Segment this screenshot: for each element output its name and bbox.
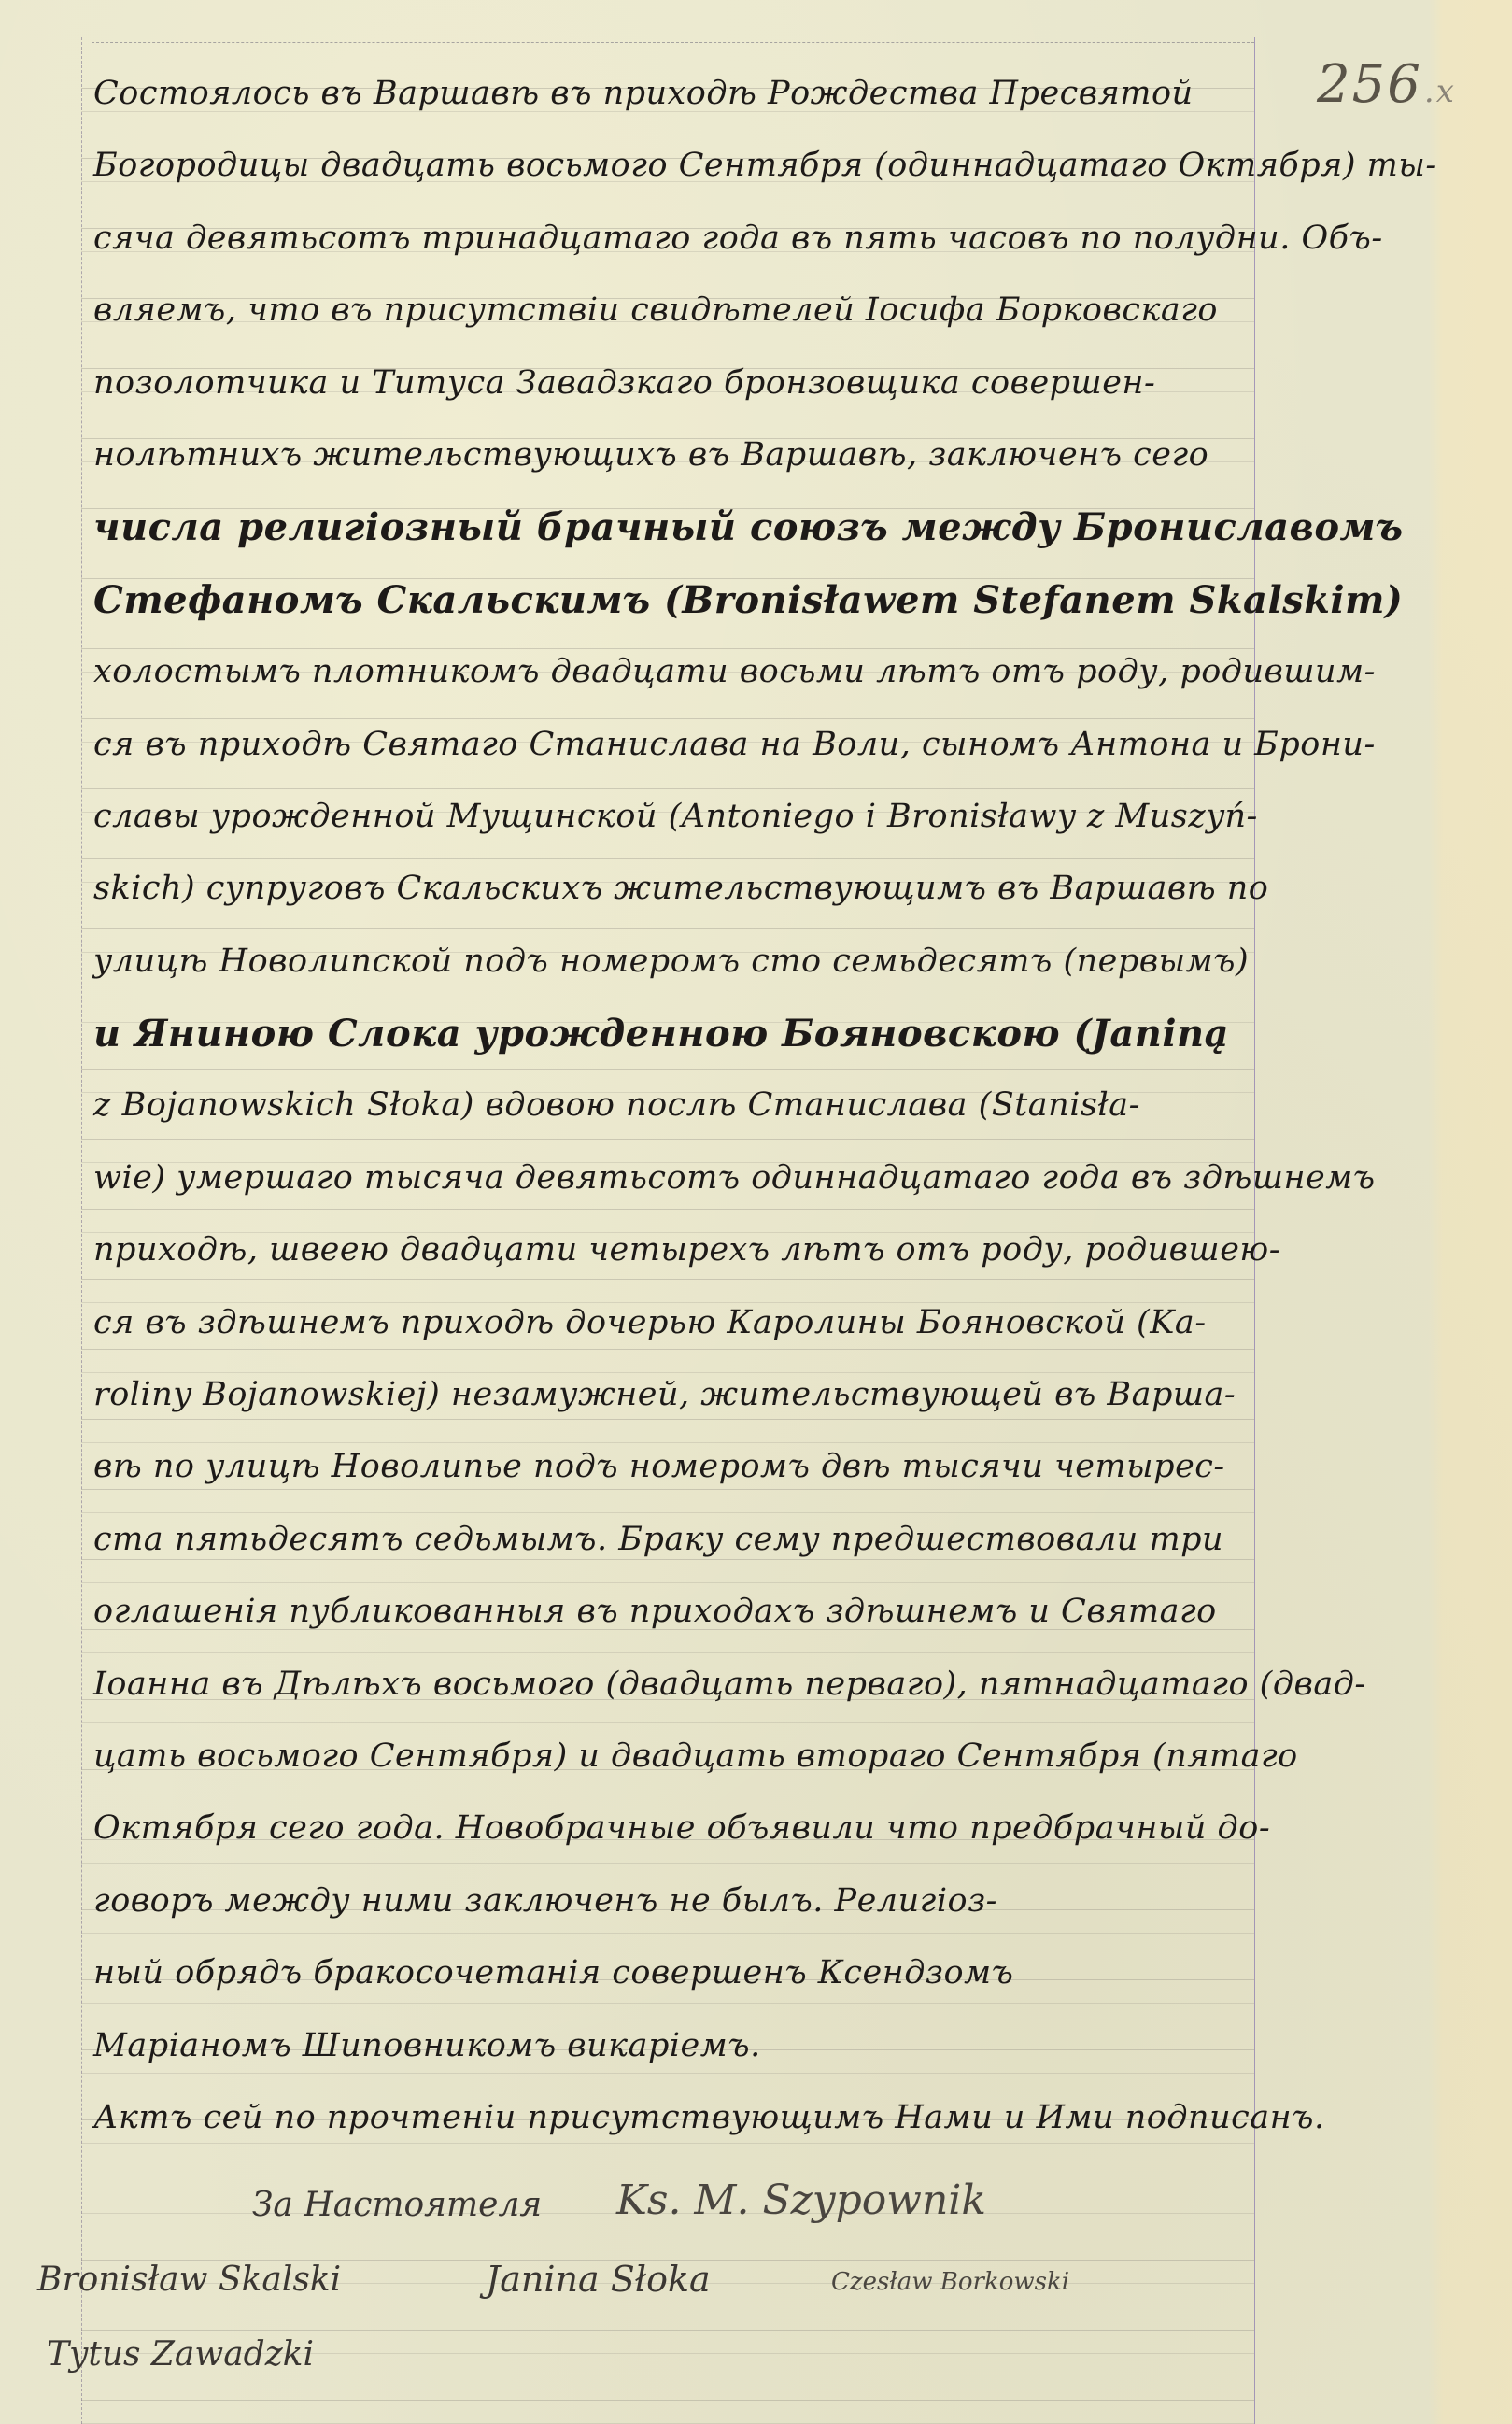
bride-signature: Janina Słoka [486, 2259, 711, 2300]
witness-2-signature: Tytus Zawadzki [47, 2335, 314, 2374]
record-text-line: вляемъ, что въ присутствіи свидѣтелей Іо… [93, 275, 1307, 347]
record-text-line: нолѣтнихъ жительствующихъ въ Варшавѣ, за… [93, 419, 1307, 491]
record-text-line: улицѣ Новолипской подъ номеромъ сто семь… [93, 926, 1307, 998]
record-text-line: Маріаномъ Шиповникомъ викаріемъ. [93, 2010, 1307, 2082]
record-text-line: ный обрядъ бракосочетанія совершенъ Ксен… [93, 1937, 1307, 2009]
record-text-line: ся въ здѣшнемъ приходѣ дочерью Каролины … [93, 1287, 1307, 1359]
record-text-line: числа религіозный брачный союзъ между Бр… [93, 491, 1307, 563]
record-text-line: холостымъ плотникомъ двадцати восьми лѣт… [93, 636, 1307, 708]
record-text-line: Октября сего года. Новобрачные объявили … [93, 1793, 1307, 1864]
page-number-value: 256 [1317, 54, 1422, 115]
groom-signature: Bronisław Skalski [37, 2261, 341, 2299]
priest-signature-prefix: За Настоятеля [252, 2186, 542, 2224]
witness-1-signature: Czesław Borkowski [831, 2268, 1069, 2296]
priest-signature: Ks. M. Szypownik [616, 2176, 986, 2224]
record-text-line: Актъ сей по прочтеніи присутствующимъ На… [93, 2082, 1307, 2154]
record-text-line: цать восьмого Сентября) и двадцать втора… [93, 1721, 1307, 1793]
record-text-line: ста пятьдесятъ седьмымъ. Браку сему пред… [93, 1504, 1307, 1576]
record-text-line: оглашенія публикованныя въ приходахъ здѣ… [93, 1576, 1307, 1648]
record-text-line: Іоанна въ Дѣлѣхъ восьмого (двадцать перв… [93, 1649, 1307, 1721]
top-rule-line [92, 42, 1254, 43]
record-text-line: ся въ приходѣ Святаго Станислава на Воли… [93, 709, 1307, 781]
record-text-line: сяча девятьсотъ тринадцатаго года въ пят… [93, 203, 1307, 275]
record-text-line: Стефаномъ Скальскимъ (Bronisławem Stefan… [93, 564, 1307, 636]
record-text-line: wie) умершаго тысяча девятьсотъ одиннадц… [93, 1142, 1307, 1214]
record-body-text: Состоялось въ Варшавѣ въ приходѣ Рождест… [93, 58, 1307, 2154]
page-number: 256.x [1317, 54, 1456, 115]
record-text-line: z Bojanowskich Słoka) вдовою послѣ Стани… [93, 1070, 1307, 1141]
record-text-line: skich) супруговъ Скальскихъ жительствующ… [93, 853, 1307, 925]
record-text-line: Богородицы двадцать восьмого Сентября (о… [93, 130, 1307, 202]
record-text-line: позолотчика и Титуса Завадзкаго бронзовщ… [93, 347, 1307, 419]
record-text-line: Состоялось въ Варшавѣ въ приходѣ Рождест… [93, 58, 1307, 130]
record-text-line: приходѣ, швеею двадцати четырехъ лѣтъ от… [93, 1214, 1307, 1286]
record-text-line: и Яниною Слока урожденною Бояновскою (Ja… [93, 998, 1307, 1070]
record-text-line: говоръ между ними заключенъ не былъ. Рел… [93, 1865, 1307, 1937]
record-text-line: славы урожденной Мущинской (Antoniego i … [93, 781, 1307, 853]
record-text-line: roliny Bojanowskiej) незамужней, жительс… [93, 1359, 1307, 1431]
record-text-line: вѣ по улицѣ Новолипье подъ номеромъ двѣ … [93, 1431, 1307, 1503]
page-number-mark: .x [1424, 73, 1456, 110]
signature-block: За Настоятеля Ks. M. Szypownik Bronisław… [0, 2176, 1251, 2419]
left-margin-line [81, 37, 82, 2424]
